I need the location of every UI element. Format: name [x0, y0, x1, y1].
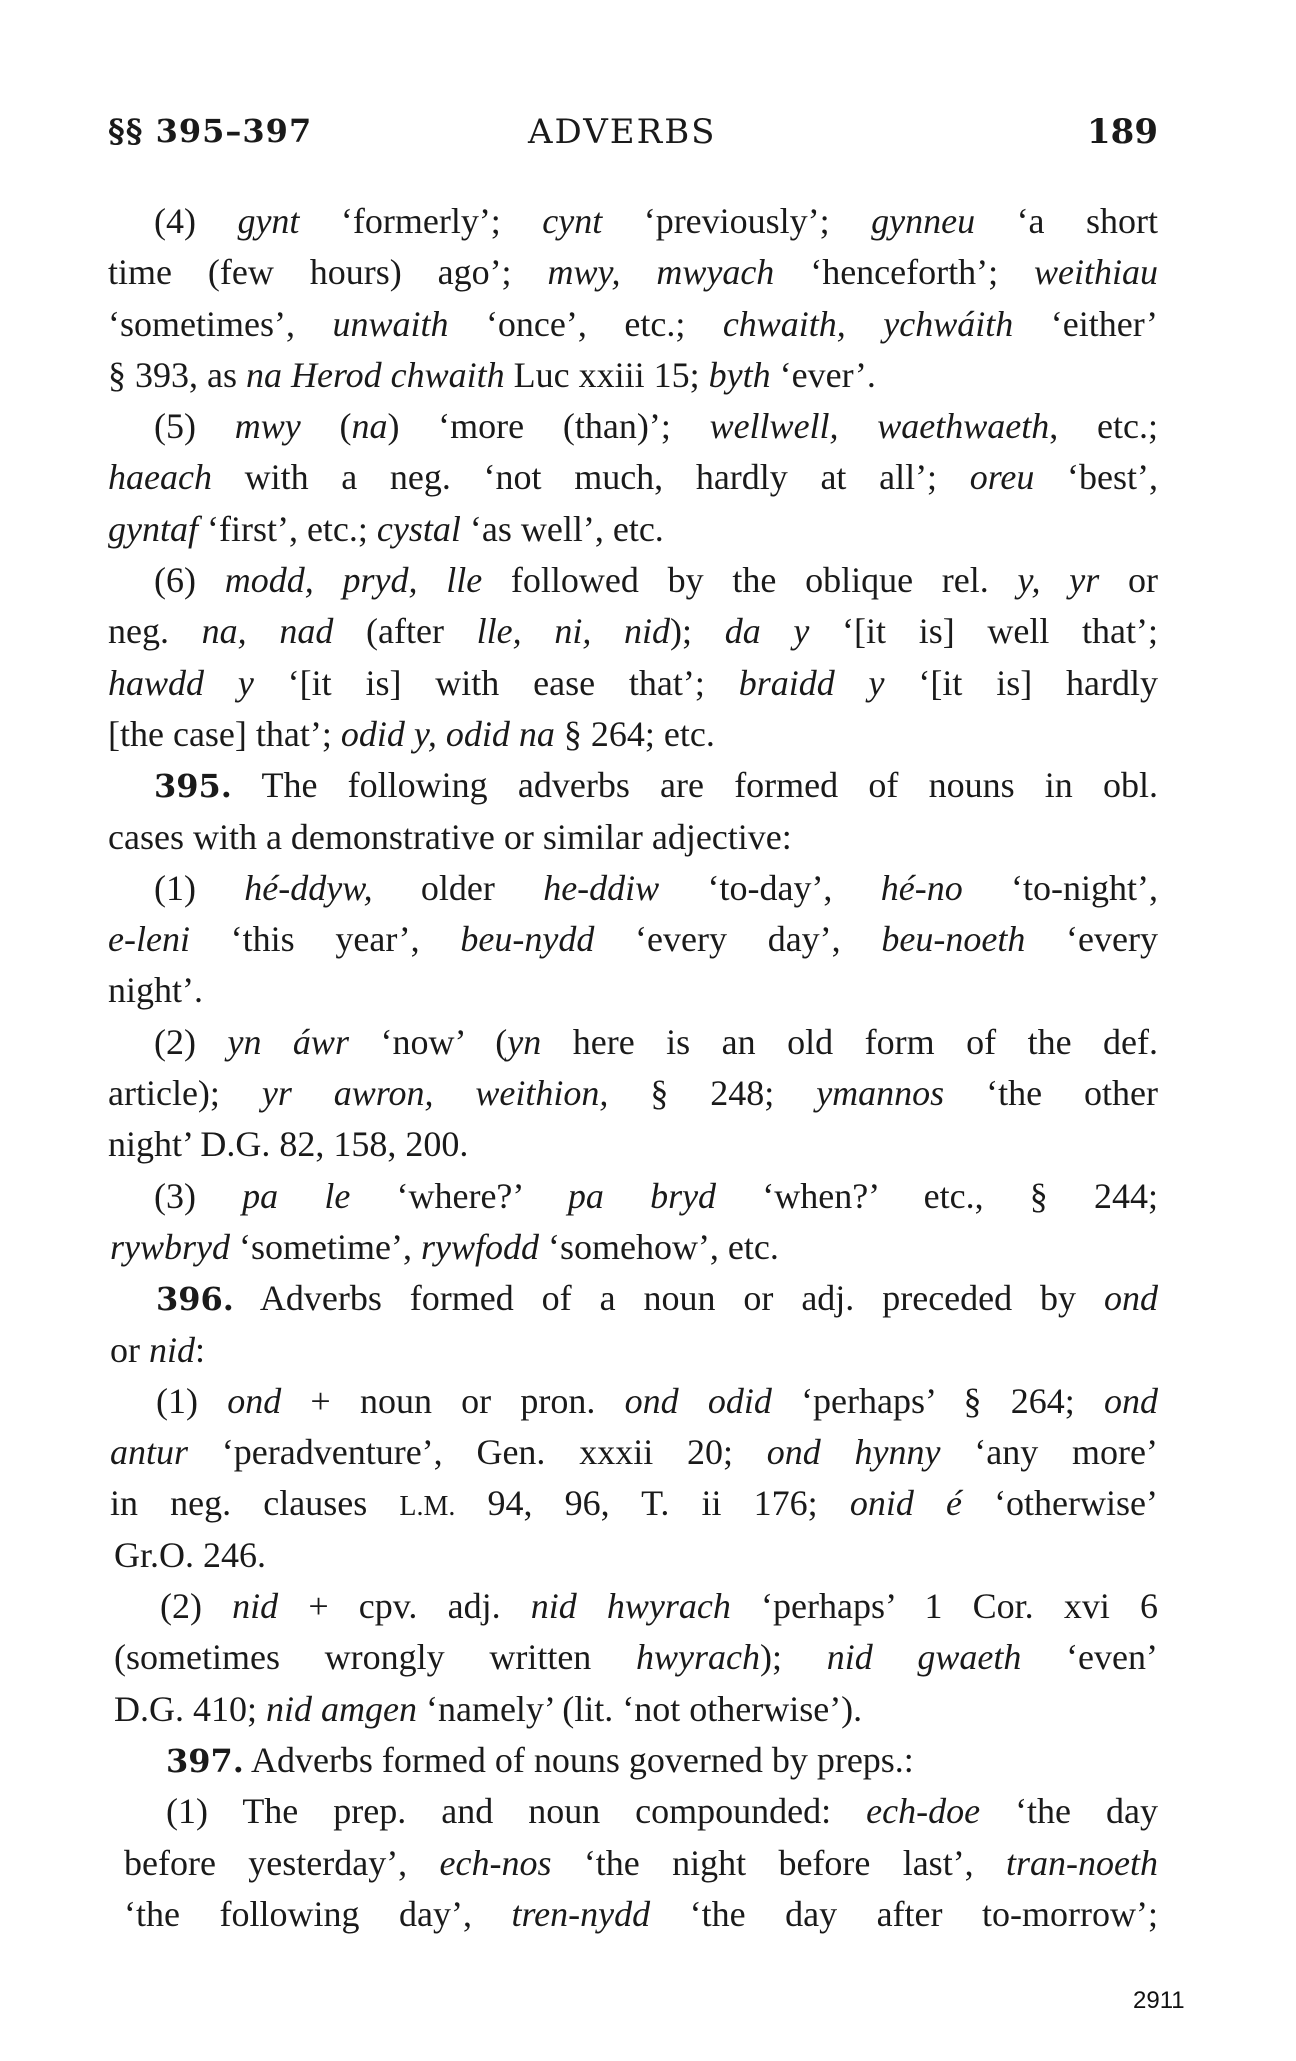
text-run: ‘every: [1025, 919, 1158, 959]
text-run: or: [110, 1330, 149, 1370]
text-run: § 393, as: [108, 355, 246, 395]
welsh-term: lle, ni, nid: [477, 611, 670, 651]
text-line: haeach with a neg. ‘not much, hardly at …: [108, 452, 1158, 503]
running-header: §§ 395–397 ADVERBS 189: [108, 112, 1158, 160]
welsh-term: wellwell, waethwaeth: [710, 406, 1050, 446]
welsh-term: nid gwaeth: [827, 1637, 1022, 1677]
section-range: §§ 395–397: [108, 112, 312, 150]
text-run: ‘namely’ (lit. ‘not otherwise’).: [417, 1689, 862, 1729]
text-run: ‘first’, etc.;: [198, 509, 377, 549]
welsh-term: tran-noeth: [1006, 1843, 1158, 1883]
text-run: );: [670, 611, 725, 651]
welsh-term: da y: [725, 611, 810, 651]
welsh-term: gyntaf: [108, 509, 198, 549]
text-line: in neg. clauses L.M. 94, 96, T. ii 176; …: [110, 1478, 1158, 1529]
text-run: ‘once’, etc.;: [448, 304, 722, 344]
text-run: ‘[it is] with ease that’;: [254, 663, 739, 703]
text-line: (1) hé-ddyw, older he-ddiw ‘to-day’, hé-…: [108, 863, 1158, 914]
text-line: (2) nid + cpv. adj. nid hwyrach ‘perhaps…: [114, 1581, 1158, 1632]
text-run: (1): [156, 1381, 227, 1421]
text-line: neg. na, nad (after lle, ni, nid); da y …: [108, 606, 1158, 657]
body-text: (4) gynt ‘formerly’; cynt ‘previously’; …: [108, 196, 1158, 1940]
text-run: or: [1099, 560, 1158, 600]
text-run: Gr.O. 246.: [114, 1535, 266, 1575]
welsh-term: unwaith: [332, 304, 448, 344]
text-run: ‘formerly’;: [299, 201, 542, 241]
text-run: ‘the day after to-morrow’;: [650, 1894, 1158, 1934]
text-line: (6) modd, pryd, lle followed by the obli…: [108, 555, 1158, 606]
text-run: ‘as well’, etc.: [461, 509, 664, 549]
welsh-term: beu-noeth: [881, 919, 1025, 959]
text-run: with a neg. ‘not much, hardly at all’;: [212, 457, 970, 497]
text-run: ‘perhaps’ § 264;: [772, 1381, 1104, 1421]
text-run: before yesterday’,: [124, 1843, 440, 1883]
text-line: cases with a demonstrative or similar ad…: [108, 812, 1158, 863]
text-run: ‘the day: [980, 1791, 1158, 1831]
welsh-term: rywbryd: [110, 1227, 230, 1267]
text-run: § 264; etc.: [555, 714, 715, 754]
text-run: ‘now’ (: [349, 1022, 507, 1062]
text-run: );: [760, 1637, 827, 1677]
text-run: ‘best’,: [1034, 457, 1158, 497]
text-run: (2): [160, 1586, 232, 1626]
text-run: (2): [154, 1022, 227, 1062]
text-run: ‘the other: [944, 1073, 1158, 1113]
text-line: gyntaf ‘first’, etc.; cystal ‘as well’, …: [108, 504, 1158, 555]
text-run: ‘when?’ etc., § 244;: [716, 1176, 1158, 1216]
text-run: ) ‘more (than)’;: [387, 406, 709, 446]
text-run: ‘peradventure’, Gen. xxxii 20;: [188, 1432, 767, 1472]
text-run: ‘[it is] well that’;: [809, 611, 1158, 651]
text-run: (6): [154, 560, 225, 600]
text-run: (3): [154, 1176, 242, 1216]
chapter-title: ADVERBS: [528, 112, 716, 152]
welsh-term: he-ddiw: [543, 868, 659, 908]
text-run: time (few hours) ago’;: [108, 252, 547, 292]
text-run: in neg. clauses: [110, 1483, 399, 1523]
text-run: ‘[it is] hardly: [885, 663, 1158, 703]
welsh-term: pa le: [242, 1176, 350, 1216]
welsh-term: gynt: [237, 201, 299, 241]
welsh-term: odid y, odid na: [341, 714, 555, 754]
text-line: 395. The following adverbs are formed of…: [108, 760, 1158, 811]
text-line: [the case] that’; odid y, odid na § 264;…: [108, 709, 1158, 760]
text-run: ‘to-day’,: [659, 868, 881, 908]
text-line: (1) ond + noun or pron. ond odid ‘perhap…: [110, 1376, 1158, 1427]
welsh-term: mwy, mwyach: [547, 252, 774, 292]
text-run: Adverbs formed of nouns governed by prep…: [244, 1740, 914, 1780]
welsh-term: ech-nos: [440, 1843, 552, 1883]
welsh-term: byth: [709, 355, 771, 395]
welsh-term: hé-no: [881, 868, 963, 908]
text-line: antur ‘peradventure’, Gen. xxxii 20; ond…: [110, 1427, 1158, 1478]
welsh-term: cystal: [377, 509, 461, 549]
text-run: (: [301, 406, 352, 446]
text-run: ‘henceforth’;: [774, 252, 1034, 292]
text-run: § 248;: [608, 1073, 816, 1113]
section-number: 396.: [156, 1280, 234, 1318]
text-run: followed by the oblique rel.: [482, 560, 1017, 600]
section-number: 395.: [154, 767, 232, 805]
text-run: [the case] that’;: [108, 714, 341, 754]
welsh-term: beu-nydd: [460, 919, 594, 959]
text-run: Adverbs formed of a noun or adj. precede…: [234, 1278, 1104, 1318]
text-run: L.M.: [399, 1491, 455, 1522]
welsh-term: rywfodd: [421, 1227, 539, 1267]
welsh-term: ond: [1104, 1381, 1158, 1421]
welsh-term: mwy: [235, 406, 301, 446]
welsh-term: haeach: [108, 457, 212, 497]
text-run: here is an old form of the def.: [541, 1022, 1158, 1062]
text-line: e-leni ‘this year’, beu-nydd ‘every day’…: [108, 914, 1158, 965]
text-run: ‘even’: [1021, 1637, 1158, 1677]
text-line: 396. Adverbs formed of a noun or adj. pr…: [110, 1273, 1158, 1324]
welsh-term: hawdd y: [108, 663, 254, 703]
welsh-term: chwaith, ychwáith: [723, 304, 1013, 344]
section-number: 397.: [166, 1742, 244, 1780]
text-run: ‘sometime’,: [230, 1227, 421, 1267]
text-run: (after: [333, 611, 476, 651]
text-line: hawdd y ‘[it is] with ease that’; braidd…: [108, 658, 1158, 709]
text-line: before yesterday’, ech-nos ‘the night be…: [124, 1838, 1158, 1889]
text-run: ‘either’: [1013, 304, 1158, 344]
text-line: § 393, as na Herod chwaith Luc xxiii 15;…: [108, 350, 1158, 401]
welsh-term: ech-doe: [866, 1791, 980, 1831]
welsh-term: nid hwyrach: [531, 1586, 731, 1626]
text-line: D.G. 410; nid amgen ‘namely’ (lit. ‘not …: [114, 1684, 1158, 1735]
welsh-term: gynneu: [871, 201, 975, 241]
welsh-term: modd, pryd, lle: [225, 560, 482, 600]
text-run: ‘ever’.: [771, 355, 876, 395]
text-run: ‘a short: [975, 201, 1158, 241]
text-line: (4) gynt ‘formerly’; cynt ‘previously’; …: [108, 196, 1158, 247]
welsh-term: onid é: [850, 1483, 962, 1523]
text-run: ‘the following day’,: [124, 1894, 511, 1934]
text-line: time (few hours) ago’; mwy, mwyach ‘henc…: [108, 247, 1158, 298]
scan-number: 2911: [1133, 1987, 1185, 2015]
text-run: night’.: [108, 970, 203, 1010]
text-line: (2) yn áwr ‘now’ (yn here is an old form…: [108, 1017, 1158, 1068]
text-line: (sometimes wrongly written hwyrach); nid…: [114, 1632, 1158, 1683]
welsh-term: nid: [232, 1586, 278, 1626]
page-number: 189: [1087, 112, 1158, 152]
welsh-term: ond hynny: [767, 1432, 941, 1472]
text-line: night’.: [108, 965, 1158, 1016]
welsh-term: ymannos: [816, 1073, 944, 1113]
text-run: ‘any more’: [941, 1432, 1158, 1472]
text-run: article);: [108, 1073, 262, 1113]
text-run: older: [373, 868, 544, 908]
welsh-term: yn áwr: [227, 1022, 349, 1062]
welsh-term: na, nad: [202, 611, 334, 651]
text-run: (4): [154, 201, 237, 241]
text-line: ‘sometimes’, unwaith ‘once’, etc.; chwai…: [108, 299, 1158, 350]
welsh-term: oreu: [970, 457, 1035, 497]
welsh-term: ond: [227, 1381, 281, 1421]
welsh-term: antur: [110, 1432, 188, 1472]
text-run: :: [195, 1330, 205, 1370]
text-line: (1) The prep. and noun compounded: ech-d…: [120, 1786, 1158, 1837]
text-run: ‘every day’,: [594, 919, 881, 959]
text-run: cases with a demonstrative or similar ad…: [108, 817, 792, 857]
text-run: Luc xxiii 15;: [505, 355, 709, 395]
text-run: (1) The prep. and noun compounded:: [166, 1791, 866, 1831]
welsh-term: na: [351, 406, 387, 446]
text-run: ‘otherwise’: [962, 1483, 1158, 1523]
welsh-term: cynt: [542, 201, 602, 241]
text-run: ‘sometimes’,: [108, 304, 332, 344]
text-run: (sometimes wrongly written: [114, 1637, 636, 1677]
welsh-term: ond: [1104, 1278, 1158, 1318]
welsh-term: pa bryd: [568, 1176, 716, 1216]
text-line: ‘the following day’, tren-nydd ‘the day …: [124, 1889, 1158, 1940]
text-run: (5): [154, 406, 235, 446]
text-line: Gr.O. 246.: [114, 1530, 1158, 1581]
text-run: neg.: [108, 611, 202, 651]
welsh-term: hwyrach: [636, 1637, 760, 1677]
text-run: ‘this year’,: [190, 919, 460, 959]
text-run: ‘somehow’, etc.: [539, 1227, 779, 1267]
text-run: ‘perhaps’ 1 Cor. xvi 6: [731, 1586, 1158, 1626]
text-run: ‘where?’: [350, 1176, 568, 1216]
text-run: D.G. 410;: [114, 1689, 266, 1729]
text-line: night’ D.G. 82, 158, 200.: [108, 1119, 1158, 1170]
text-run: night’ D.G. 82, 158, 200.: [108, 1124, 468, 1164]
text-line: (5) mwy (na) ‘more (than)’; wellwell, wa…: [108, 401, 1158, 452]
text-run: + noun or pron.: [281, 1381, 624, 1421]
text-line: rywbryd ‘sometime’, rywfodd ‘somehow’, e…: [110, 1222, 1158, 1273]
welsh-term: nid: [149, 1330, 195, 1370]
welsh-term: yr awron, weithion,: [262, 1073, 609, 1113]
text-line: or nid:: [110, 1325, 1158, 1376]
welsh-term: ond odid: [625, 1381, 772, 1421]
welsh-term: tren-nydd: [511, 1894, 650, 1934]
text-run: ‘to-night’,: [963, 868, 1158, 908]
welsh-term: weithiau: [1034, 252, 1158, 292]
text-run: + cpv. adj.: [278, 1586, 531, 1626]
text-line: article); yr awron, weithion, § 248; yma…: [108, 1068, 1158, 1119]
text-run: The following adverbs are formed of noun…: [232, 765, 1158, 805]
text-run: (1): [154, 868, 244, 908]
text-run: 94, 96, T. ii 176;: [455, 1483, 849, 1523]
welsh-term: nid amgen: [266, 1689, 417, 1729]
text-line: 397. Adverbs formed of nouns governed by…: [120, 1735, 1158, 1786]
text-run: ‘previously’;: [602, 201, 871, 241]
welsh-term: na Herod chwaith: [246, 355, 505, 395]
welsh-term: hé-ddyw,: [244, 868, 372, 908]
text-run: , etc.;: [1049, 406, 1158, 446]
welsh-term: e-leni: [108, 919, 190, 959]
welsh-term: y, yr: [1018, 560, 1100, 600]
text-line: (3) pa le ‘where?’ pa bryd ‘when?’ etc.,…: [108, 1171, 1158, 1222]
welsh-term: braidd y: [739, 663, 885, 703]
welsh-term: yn: [507, 1022, 541, 1062]
text-run: ‘the night before last’,: [551, 1843, 1006, 1883]
